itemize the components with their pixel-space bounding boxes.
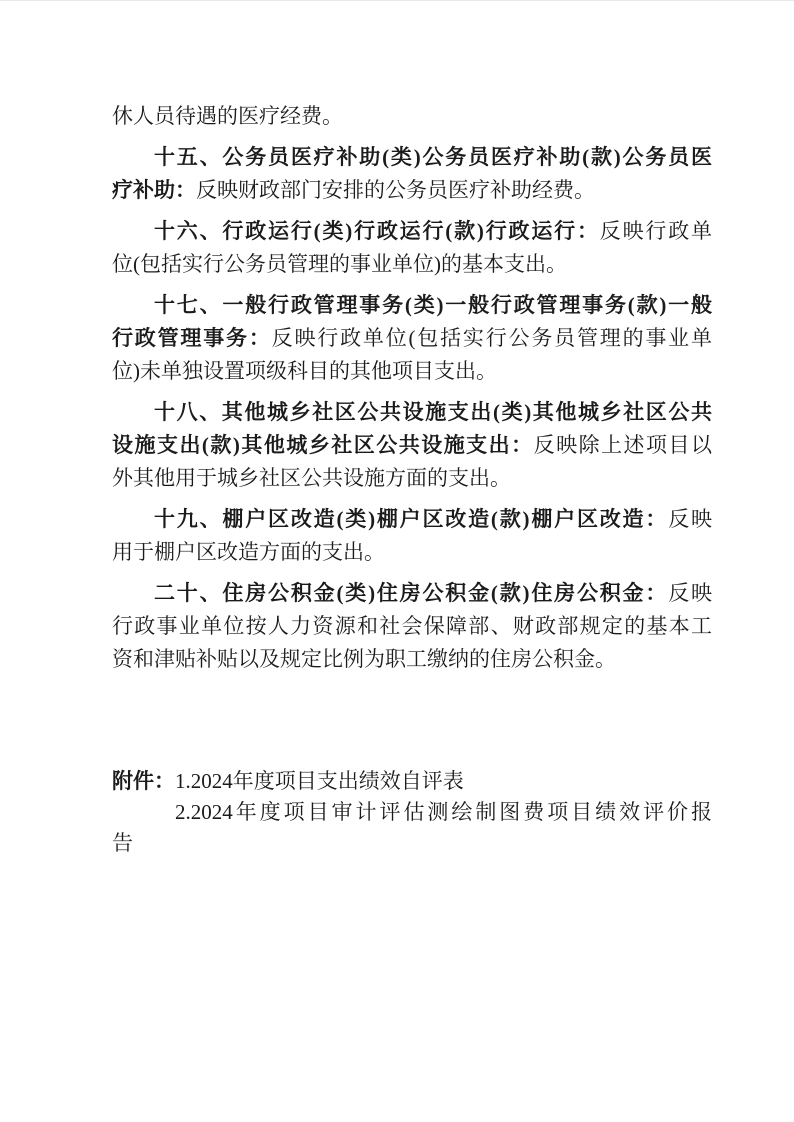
paragraph-lead-bold: 十七、一般行政管理事务(类)一般行政管理事务(款)一般: [154, 293, 712, 317]
attachment-item-2-line-1: 2.2024年度项目审计评估测绘制图费项目绩效评价报: [112, 797, 712, 828]
attachment-line-1: 附件：1.2024年度项目支出绩效自评表: [112, 766, 712, 797]
attachments-label: 附件：: [112, 769, 175, 793]
text-line: 用于棚户区改造方面的支出。: [112, 536, 712, 569]
paragraph-body-text: 位)未单独设置项级科目的其他项目支出。: [112, 359, 497, 383]
paragraph-body-text: 资和津贴补贴以及规定比例为职工缴纳的住房公积金。: [112, 647, 616, 671]
paragraph-lead-bold: 设施支出(款)其他城乡社区公共设施支出：: [112, 433, 534, 457]
paragraph-lead-bold: 行政管理事务：: [112, 326, 272, 350]
budget-item-paragraph-18: 十八、其他城乡社区公共设施支出(类)其他城乡社区公共 设施支出(款)其他城乡社区…: [112, 396, 712, 495]
text-line: 十八、其他城乡社区公共设施支出(类)其他城乡社区公共: [112, 396, 712, 429]
text-line: 位)未单独设置项级科目的其他项目支出。: [112, 355, 712, 388]
paragraph-lead-bold: 疗补助：: [112, 178, 196, 202]
paragraph-body-text: 用于棚户区改造方面的支出。: [112, 540, 385, 564]
continuation-line: 休人员待遇的医疗经费。: [112, 100, 712, 133]
paragraph-body-text: 外其他用于城乡社区公共设施方面的支出。: [112, 466, 511, 490]
paragraph-lead-bold: 二十、住房公积金(类)住房公积金(款)住房公积金：: [154, 581, 668, 605]
attachment-item-1: 1.2024年度项目支出绩效自评表: [175, 769, 464, 793]
budget-item-paragraph-17: 十七、一般行政管理事务(类)一般行政管理事务(款)一般 行政管理事务：反映行政单…: [112, 289, 712, 388]
text-line: 外其他用于城乡社区公共设施方面的支出。: [112, 462, 712, 495]
paragraph-body-text: 反映除上述项目以: [534, 433, 712, 457]
document-body: 休人员待遇的医疗经费。 十五、公务员医疗补助(类)公务员医疗补助(款)公务员医 …: [112, 100, 712, 859]
paragraph-body-text: 反映财政部门安排的公务员医疗补助经费。: [196, 178, 595, 202]
text-line: 设施支出(款)其他城乡社区公共设施支出：反映除上述项目以: [112, 429, 712, 462]
budget-item-paragraph-19: 十九、棚户区改造(类)棚户区改造(款)棚户区改造：反映 用于棚户区改造方面的支出…: [112, 503, 712, 569]
paragraph-body-text: 行政事业单位按人力资源和社会保障部、财政部规定的基本工: [112, 614, 712, 638]
attachments-section: 附件：1.2024年度项目支出绩效自评表 2.2024年度项目审计评估测绘制图费…: [112, 766, 712, 859]
text-line: 十九、棚户区改造(类)棚户区改造(款)棚户区改造：反映: [112, 503, 712, 536]
text-line: 十六、行政运行(类)行政运行(款)行政运行：反映行政单: [112, 215, 712, 248]
paragraph-body-text: 反映行政单位(包括实行公务员管理的事业单: [272, 326, 712, 350]
text-line: 十七、一般行政管理事务(类)一般行政管理事务(款)一般: [112, 289, 712, 322]
budget-item-paragraph-20: 二十、住房公积金(类)住房公积金(款)住房公积金：反映 行政事业单位按人力资源和…: [112, 577, 712, 676]
paragraph-lead-bold: 十五、公务员医疗补助(类)公务员医疗补助(款)公务员医: [154, 145, 712, 169]
paragraph-body-text: 位(包括实行公务员管理的事业单位)的基本支出。: [112, 252, 567, 276]
attachment-item-2-line-2: 告: [112, 828, 712, 859]
text-line: 位(包括实行公务员管理的事业单位)的基本支出。: [112, 248, 712, 281]
paragraph-body-text: 反映: [668, 581, 712, 605]
paragraph-lead-bold: 十九、棚户区改造(类)棚户区改造(款)棚户区改造：: [154, 507, 668, 531]
text-line: 疗补助：反映财政部门安排的公务员医疗补助经费。: [112, 174, 712, 207]
text-line: 十五、公务员医疗补助(类)公务员医疗补助(款)公务员医: [112, 141, 712, 174]
budget-item-paragraph-15: 十五、公务员医疗补助(类)公务员医疗补助(款)公务员医 疗补助：反映财政部门安排…: [112, 141, 712, 207]
budget-item-paragraph-16: 十六、行政运行(类)行政运行(款)行政运行：反映行政单 位(包括实行公务员管理的…: [112, 215, 712, 281]
text-line: 二十、住房公积金(类)住房公积金(款)住房公积金：反映: [112, 577, 712, 610]
paragraph-body-text: 反映行政单: [600, 219, 712, 243]
text-line: 行政管理事务：反映行政单位(包括实行公务员管理的事业单: [112, 322, 712, 355]
paragraph-lead-bold: 十八、其他城乡社区公共设施支出(类)其他城乡社区公共: [154, 400, 712, 424]
paragraph-lead-bold: 十六、行政运行(类)行政运行(款)行政运行：: [154, 219, 600, 243]
document-page: 休人员待遇的医疗经费。 十五、公务员医疗补助(类)公务员医疗补助(款)公务员医 …: [0, 0, 794, 1122]
text-line: 行政事业单位按人力资源和社会保障部、财政部规定的基本工: [112, 610, 712, 643]
text-line: 资和津贴补贴以及规定比例为职工缴纳的住房公积金。: [112, 643, 712, 676]
paragraph-body-text: 反映: [668, 507, 712, 531]
